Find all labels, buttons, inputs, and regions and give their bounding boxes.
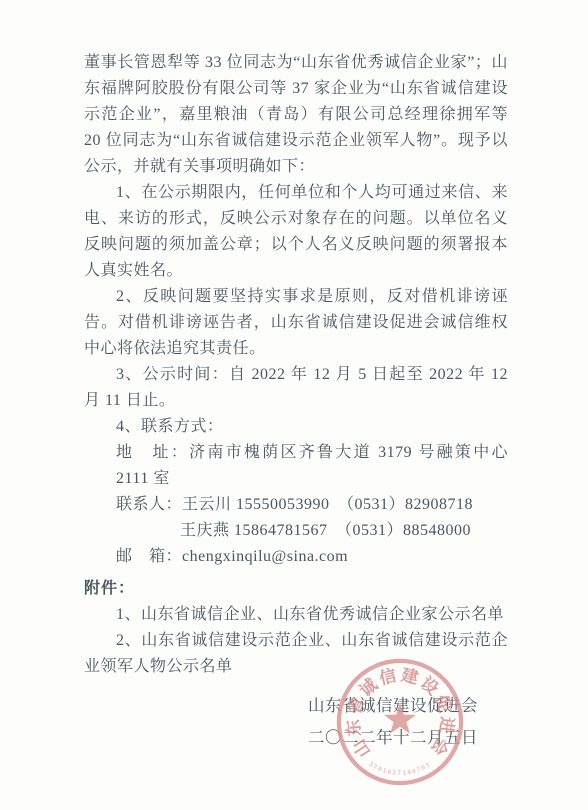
official-red-seal: 山东省诚信建设促进会 3701027140703 <box>335 657 465 787</box>
seal-svg: 山东省诚信建设促进会 3701027140703 <box>335 657 465 787</box>
contact-address-line: 地 址：济南市槐荫区齐鲁大道 3179 号融策中心 2111 室 <box>84 440 508 492</box>
contact-person-line-1: 联系人：王云川 15550053990 （0531）82908718 <box>84 492 508 518</box>
paragraph-item-3: 3、公示时间：自 2022 年 12 月 5 日起至 2022 年 12 月 1… <box>84 362 508 414</box>
paragraph-continuation: 董事长管恩犁等 33 位同志为“山东省优秀诚信企业家”；山东福牌阿胶股份有限公司… <box>84 50 508 180</box>
contact-person-line-2: 王庆燕 15864781567 （0531）88548000 <box>84 518 508 544</box>
paragraph-item-2: 2、反映问题要坚持实事求是原则，反对借机诽谤诬告。对借机诽谤诬告者，山东省诚信建… <box>84 284 508 362</box>
attachment-item-1: 1、山东省诚信企业、山东省优秀诚信企业家公示名单 <box>84 602 508 628</box>
attachments-label: 附件： <box>84 576 508 602</box>
paragraph-item-4: 4、联系方式： <box>84 414 508 440</box>
seal-star-icon <box>384 703 416 734</box>
document-body: 董事长管恩犁等 33 位同志为“山东省优秀诚信企业家”；山东福牌阿胶股份有限公司… <box>84 50 508 680</box>
seal-number: 3701027140703 <box>367 761 432 777</box>
contact-email-line: 邮 箱：chengxinqilu@sina.com <box>84 544 508 570</box>
paragraph-item-1: 1、在公示期限内，任何单位和个人均可通过来信、来电、来访的形式，反映公示对象存在… <box>84 180 508 284</box>
scanned-notice-page: 董事长管恩犁等 33 位同志为“山东省优秀诚信企业家”；山东福牌阿胶股份有限公司… <box>0 0 588 810</box>
